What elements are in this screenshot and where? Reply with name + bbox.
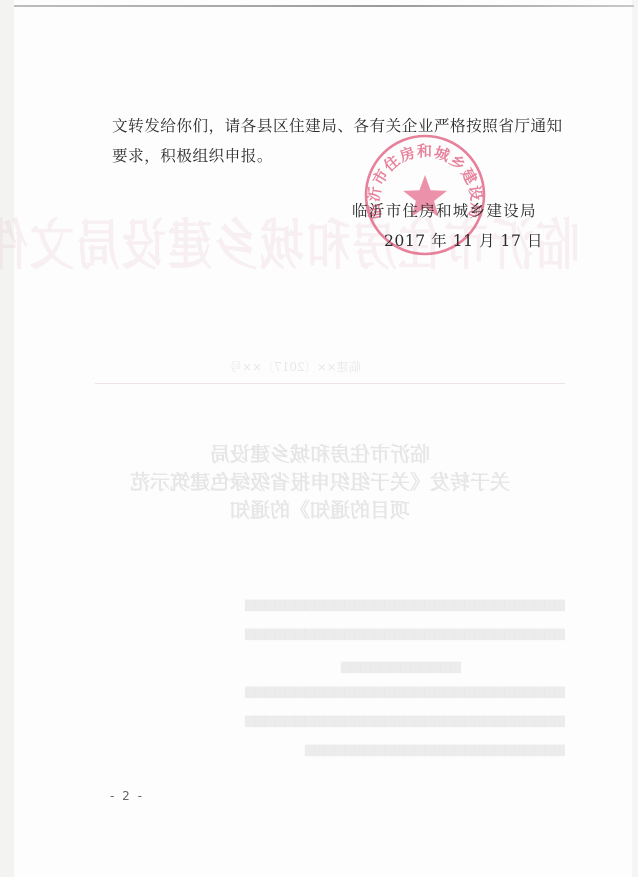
ghost-divider-rule (95, 383, 565, 384)
scan-left-edge (0, 0, 14, 877)
scan-right-edge (632, 0, 638, 877)
ghost-doc-number: 临建××〔2017〕××号 (230, 358, 361, 375)
body-text-line: 文转发给你们，请各县区住建局、各有关企业严格按照省厅通知 (112, 116, 563, 136)
issue-date: 2017 年 11 月 17 日 (384, 231, 543, 251)
ghost-title-line: 临沂市住房和城乡建设局 (60, 438, 580, 467)
scan-top-edge (14, 5, 634, 7)
ghost-body-line: ▆▆▆▆▆▆▆▆▆▆▆▆▆▆▆▆▆▆▆▆▆▆▆▆▆▆ (95, 742, 565, 757)
ghost-title-line: 项目的通知》的通知 (60, 494, 580, 523)
body-text-line: 要求，积极组织申报。 (112, 146, 273, 166)
ghost-body-line: ▆▆▆▆▆▆▆▆▆▆▆▆ (95, 655, 565, 674)
scanned-document-page: 临沂市住房和城乡建设局文件 临建××〔2017〕××号 临沂市住房和城乡建设局 … (0, 0, 638, 877)
ghost-body-line: ▆▆▆▆▆▆▆▆▆▆▆▆▆▆▆▆▆▆▆▆▆▆▆▆▆▆▆▆▆▆▆▆ (95, 713, 565, 728)
ghost-body-line: ▆▆▆▆▆▆▆▆▆▆▆▆▆▆▆▆▆▆▆▆▆▆▆▆▆▆▆▆▆▆▆▆ (95, 597, 565, 612)
ghost-body-line: ▆▆▆▆▆▆▆▆▆▆▆▆▆▆▆▆▆▆▆▆▆▆▆▆▆▆▆▆▆▆▆▆ (95, 626, 565, 641)
ghost-title-line: 关于转发《关于组织申报省级绿色建筑示范 (60, 466, 580, 495)
page-number: - 2 - (110, 789, 144, 803)
ghost-body-line: ▆▆▆▆▆▆▆▆▆▆▆▆▆▆▆▆▆▆▆▆▆▆▆▆▆▆▆▆▆▆▆▆ (95, 684, 565, 699)
issuing-authority-signature: 临沂市住房和城乡建设局 (352, 201, 537, 221)
